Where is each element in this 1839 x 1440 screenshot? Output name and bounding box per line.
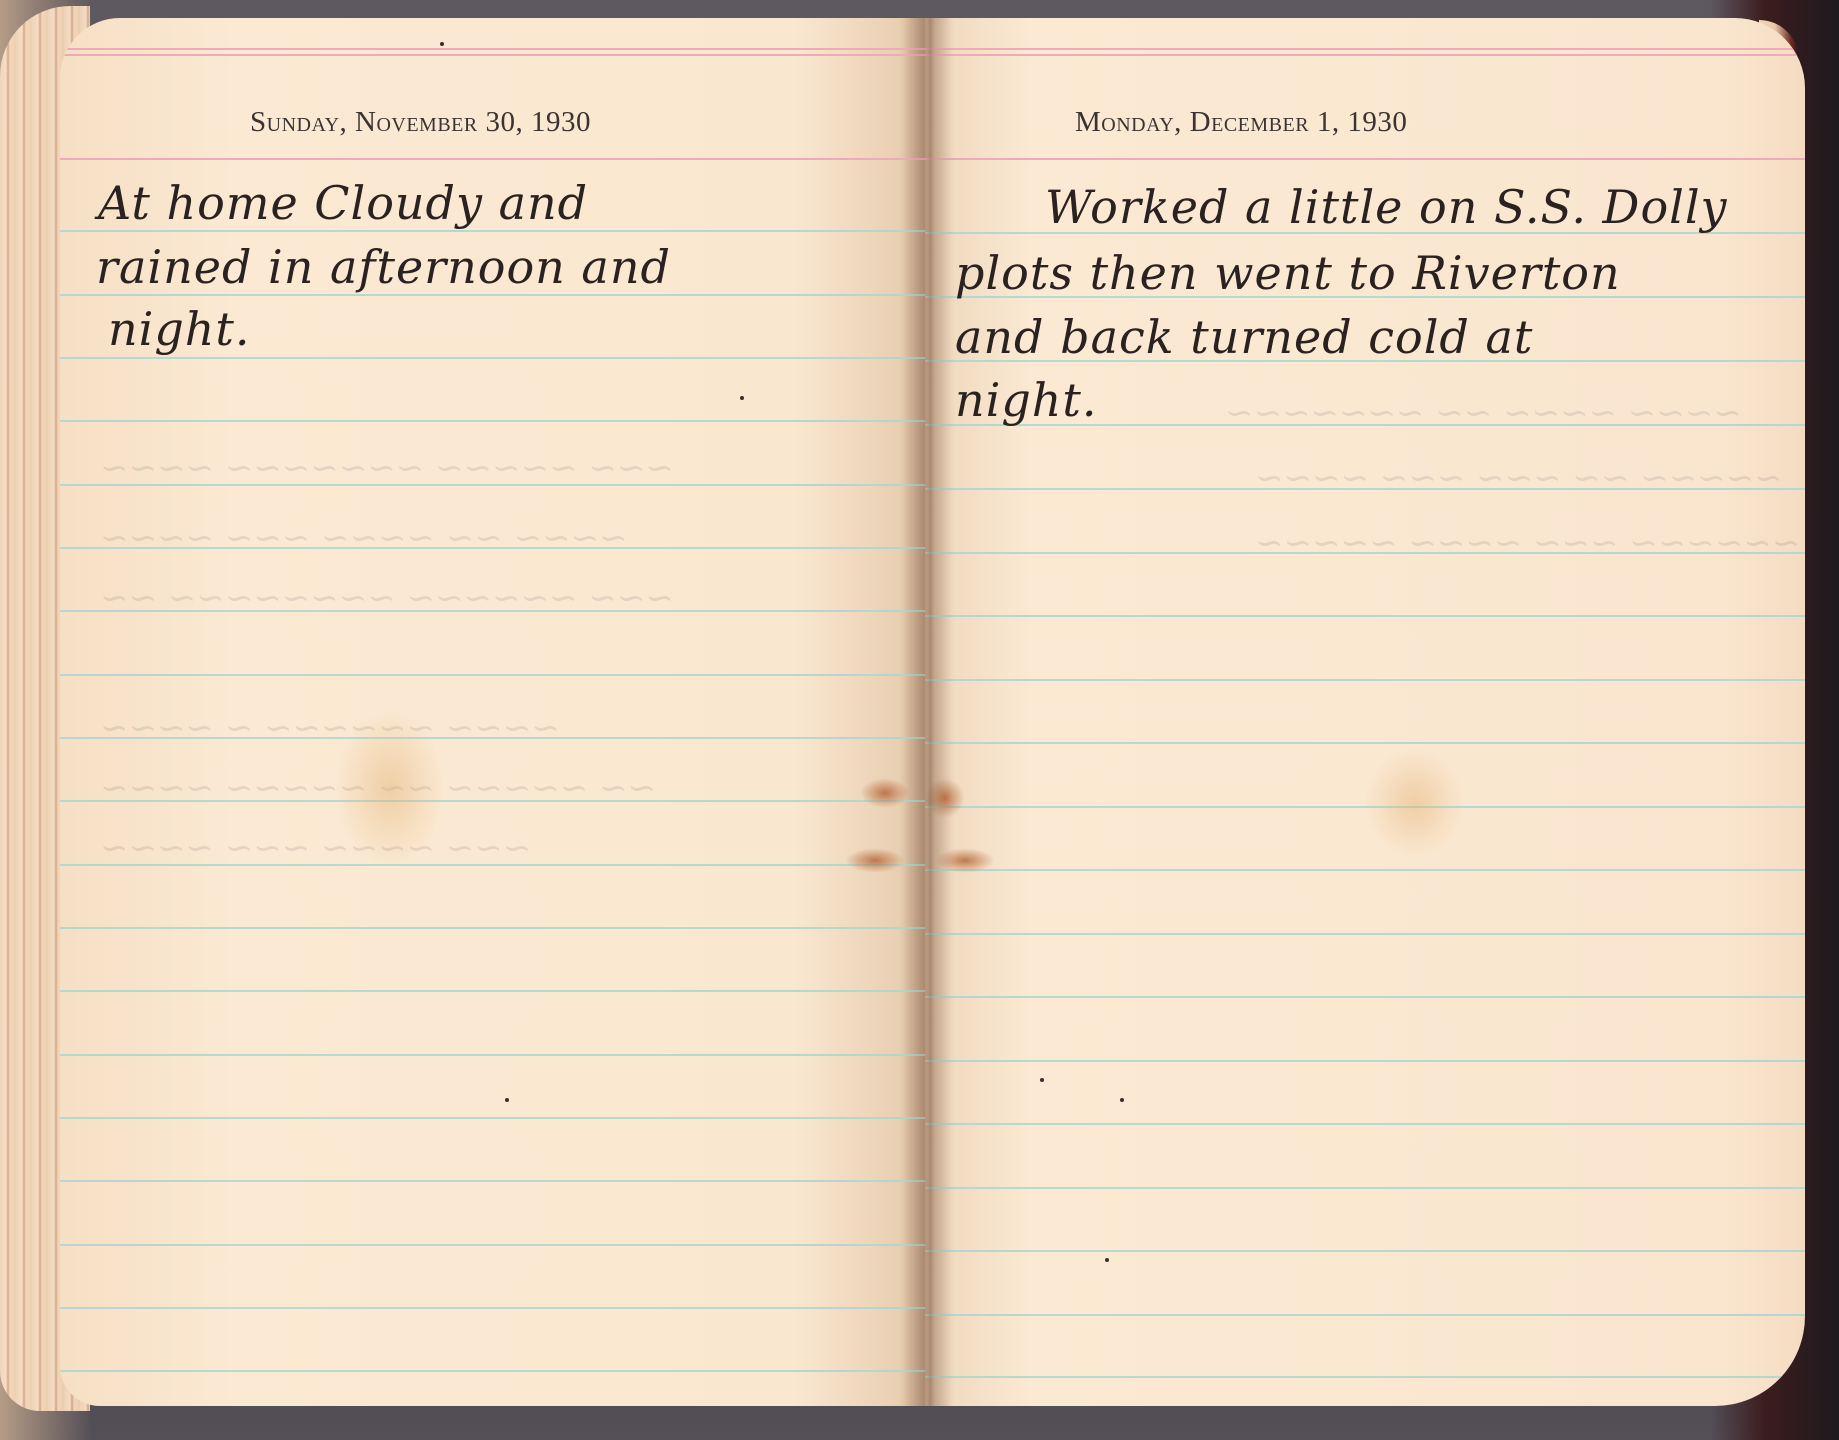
blue-rule	[925, 933, 1805, 935]
speck	[1040, 1078, 1044, 1082]
water-stain	[1365, 748, 1465, 858]
speck	[1120, 1098, 1124, 1102]
blue-rule	[925, 1314, 1805, 1316]
blue-rule	[60, 1117, 925, 1119]
bleed-through-marks: ~~~~ ~~~~ ~~ ~~~~~~~	[1225, 393, 1742, 433]
blue-rule	[60, 230, 925, 232]
rust-spot	[845, 848, 905, 873]
bleed-through-marks: ~~~~~ ~~ ~~~ ~~~ ~~~~	[1255, 458, 1783, 498]
rust-spot	[925, 778, 965, 818]
bleed-through-marks: ~~~ ~~~~ ~~~ ~~~~	[100, 828, 531, 868]
pink-rule	[925, 54, 1805, 56]
pink-rule	[925, 48, 1805, 50]
blue-rule	[60, 927, 925, 929]
handwritten-line: plots then went to Riverton	[955, 246, 1621, 300]
handwritten-line: At home Cloudy and	[98, 176, 588, 230]
rust-spot	[860, 778, 910, 808]
handwritten-line: rained in afternoon and	[96, 240, 671, 294]
blue-rule	[925, 1376, 1805, 1378]
blue-rule	[925, 1187, 1805, 1189]
date-header-right: Monday, December 1, 1930	[925, 106, 1805, 139]
bleed-through-marks: ~~~ ~~~~~ ~~~~~~~ ~~~~	[100, 448, 674, 488]
handwritten-line: Worked a little on S.S. Dolly	[1045, 180, 1728, 234]
right-page: Monday, December 1, 1930 Worked a little…	[925, 18, 1805, 1406]
blue-rule	[925, 1250, 1805, 1252]
blue-rule	[60, 990, 925, 992]
pink-rule	[60, 54, 925, 56]
blue-rule	[925, 679, 1805, 681]
blue-rule	[60, 357, 925, 359]
blue-rule	[925, 1060, 1805, 1062]
pink-rule	[60, 48, 925, 50]
bleed-through-marks: ~~~~ ~~~~~~ ~ ~~~~	[100, 708, 560, 748]
blue-rule	[60, 420, 925, 422]
rust-spot	[935, 848, 995, 873]
blue-rule	[60, 1054, 925, 1056]
blue-rule	[925, 1123, 1805, 1125]
diary-spread: Sunday, November 30, 1930 At home Cloudy…	[60, 18, 1805, 1406]
blue-rule	[60, 1370, 925, 1372]
blue-rule	[60, 1307, 925, 1309]
blue-rule	[925, 615, 1805, 617]
blue-rule	[925, 996, 1805, 998]
water-stain	[335, 708, 445, 868]
handwritten-line: night.	[108, 302, 251, 356]
blue-rule	[60, 674, 925, 676]
blue-rule	[925, 742, 1805, 744]
handwritten-line: and back turned cold at	[955, 310, 1533, 364]
bleed-through-marks: ~~~ ~~~~~~ ~~~~~~~~ ~~	[100, 578, 674, 618]
blue-rule	[60, 294, 925, 296]
speck	[740, 396, 744, 400]
blue-rule	[60, 1180, 925, 1182]
bleed-through-marks: ~~~~ ~~ ~~~~ ~~~ ~~~~	[100, 518, 628, 558]
blue-rule	[60, 1244, 925, 1246]
pink-rule	[60, 158, 925, 160]
speck	[505, 1098, 509, 1102]
bleed-through-marks: ~~~~~~ ~~~ ~~~~ ~~~~~	[1255, 523, 1800, 563]
blue-rule	[925, 869, 1805, 871]
speck	[440, 42, 444, 46]
date-header-left: Sunday, November 30, 1930	[60, 106, 925, 139]
speck	[1105, 1258, 1109, 1262]
handwritten-line: night.	[955, 373, 1098, 427]
left-page: Sunday, November 30, 1930 At home Cloudy…	[60, 18, 925, 1406]
pink-rule	[925, 158, 1805, 160]
